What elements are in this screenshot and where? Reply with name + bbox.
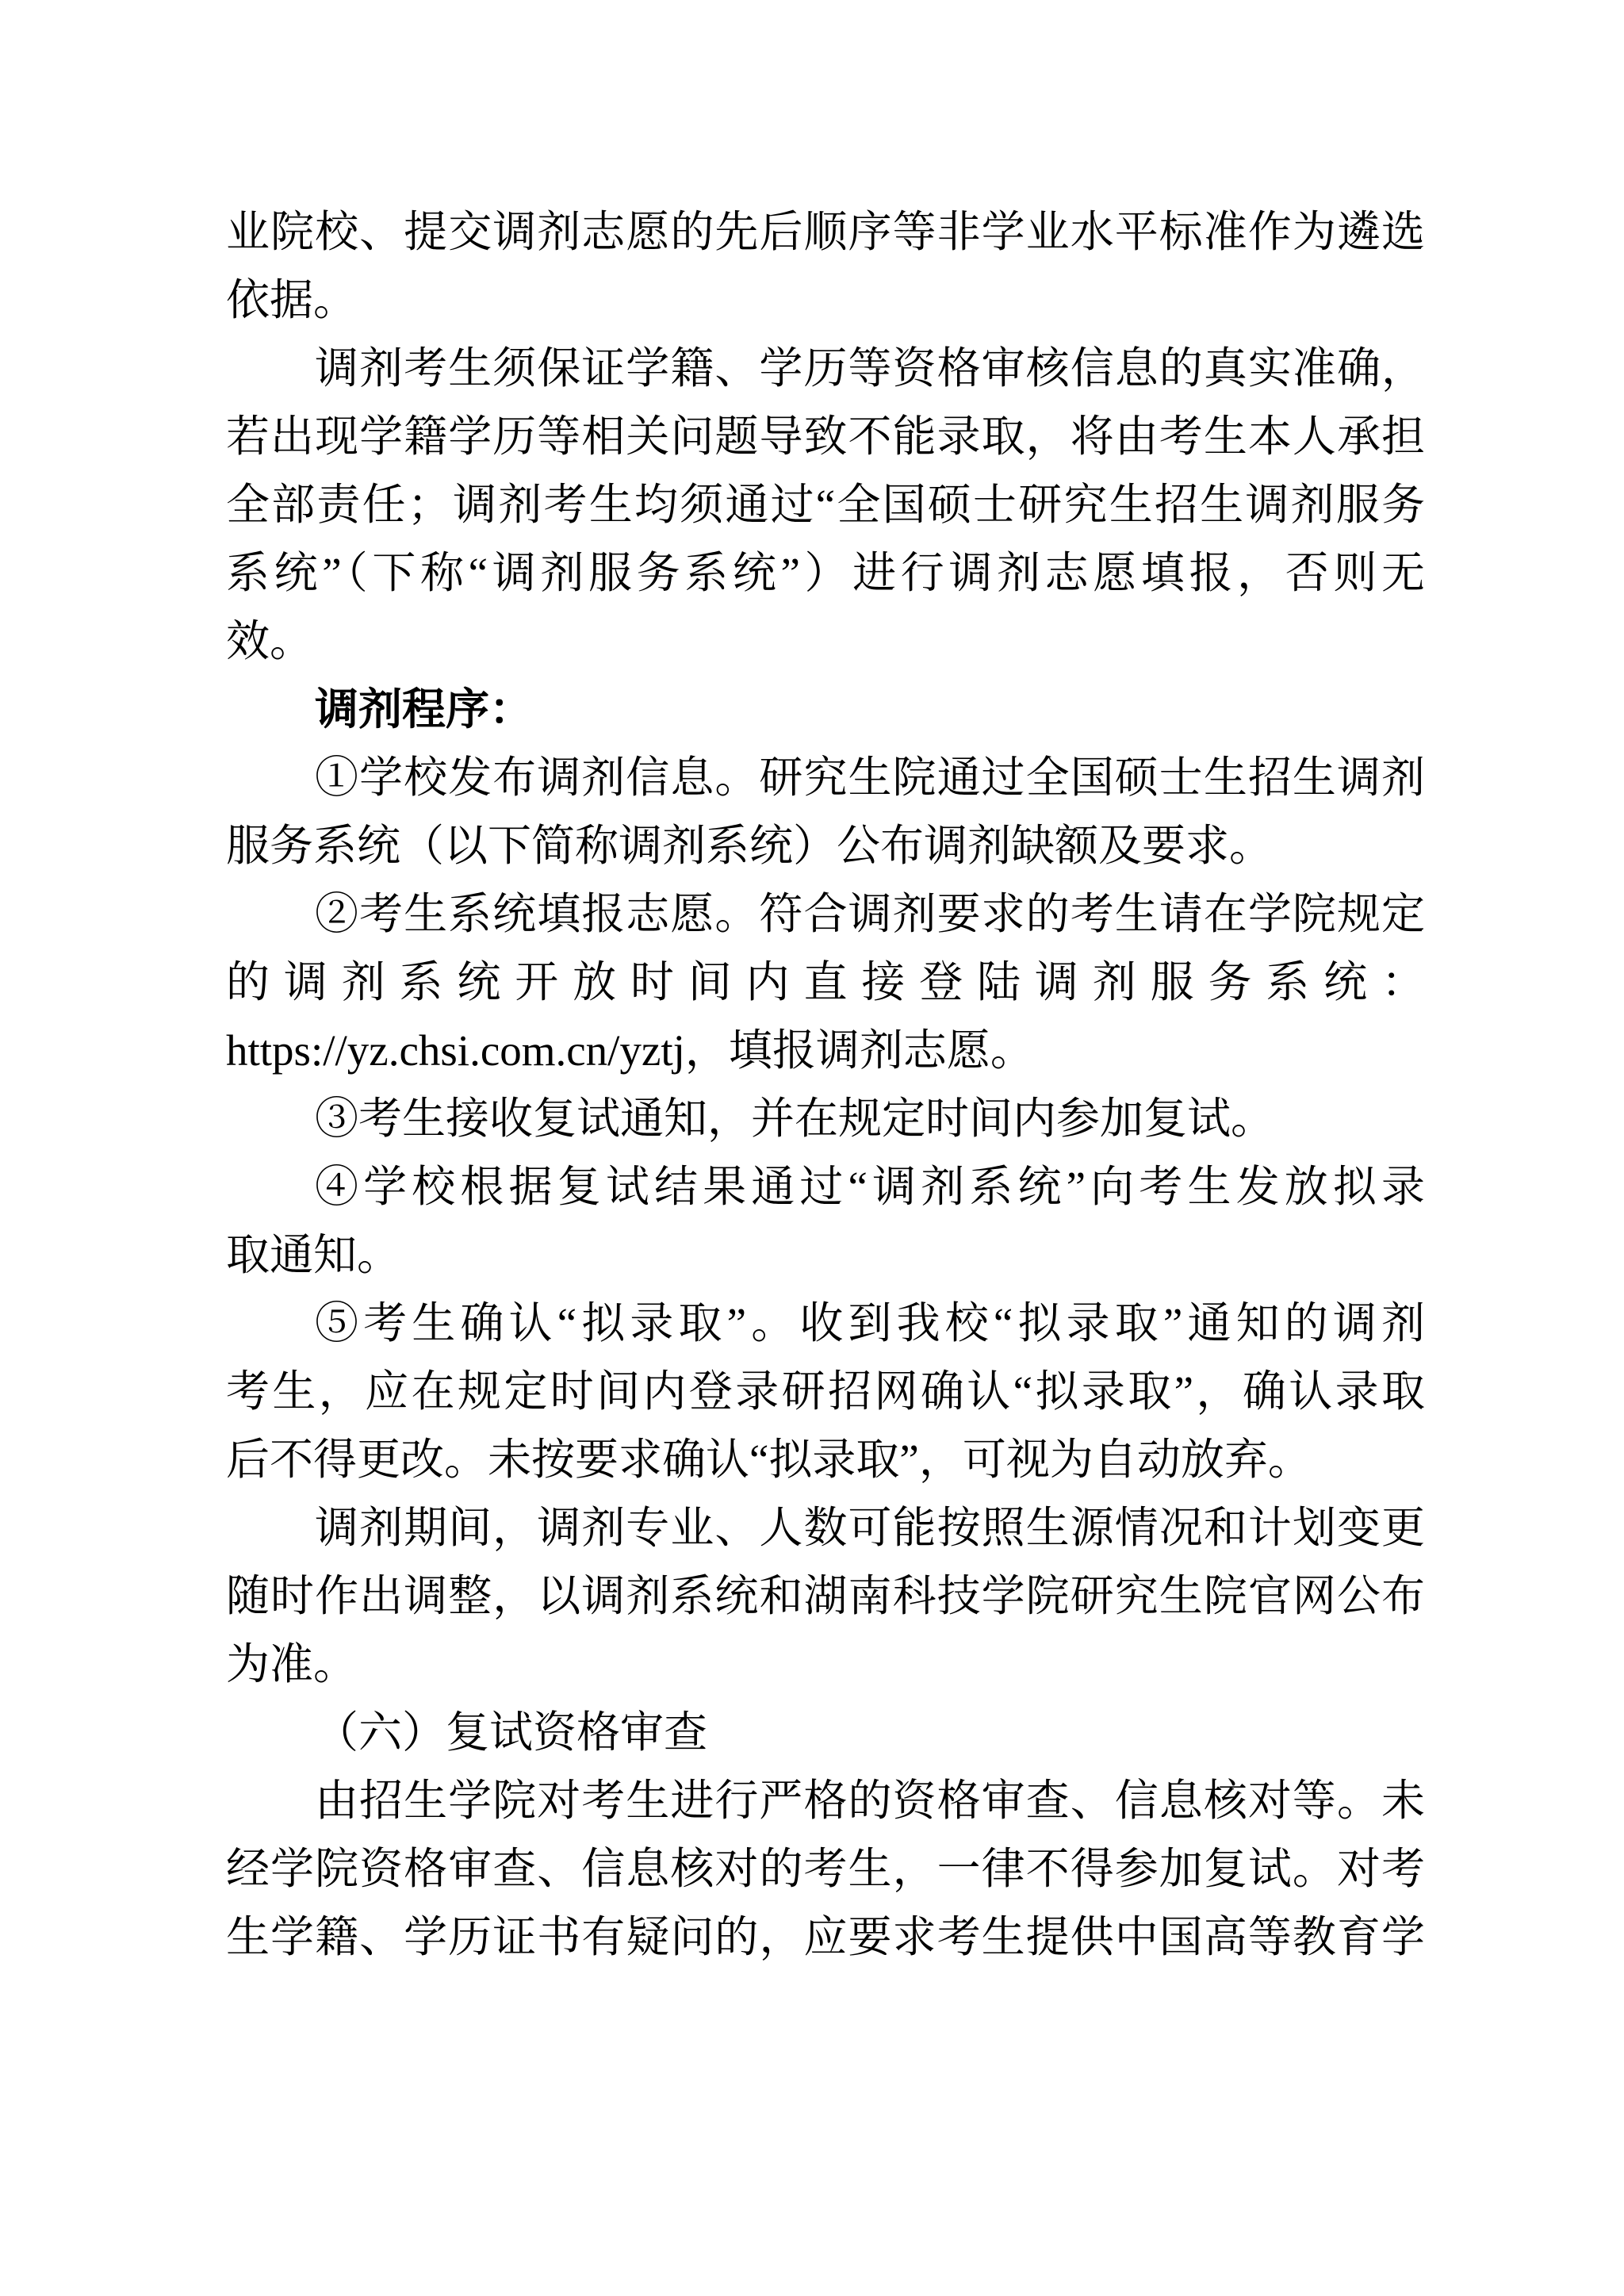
- text-line-5: 全部责任；调剂考生均须通过“全国硕士研究生招生调剂服务: [226, 471, 1425, 539]
- document-body: 业院校、提交调剂志愿的先后顺序等非学业水平标准作为遴选依据。调剂考生须保证学籍、…: [226, 198, 1425, 1972]
- text-line-20: 调剂期间，调剂专业、人数可能按照生源情况和计划变更: [226, 1494, 1425, 1562]
- text-line-19: 后不得更改。未按要求确认“拟录取”，可视为自动放弃。: [226, 1426, 1425, 1494]
- text-line-21: 随时作出调整，以调剂系统和湖南科技学院研究生院官网公布: [226, 1562, 1425, 1631]
- text-line-14: ③考生接收复试通知，并在规定时间内参加复试。: [226, 1085, 1425, 1153]
- text-line-17: ⑤考生确认“拟录取”。收到我校“拟录取”通知的调剂: [226, 1290, 1425, 1358]
- text-line-15: ④学校根据复试结果通过“调剂系统”向考生发放拟录: [226, 1153, 1425, 1221]
- text-line-8: 调剂程序：: [226, 676, 1425, 744]
- text-line-9: ①学校发布调剂信息。研究生院通过全国硕士生招生调剂: [226, 744, 1425, 812]
- text-line-13: https://yz.chsi.com.cn/yztj，填报调剂志愿。: [226, 1017, 1425, 1085]
- text-line-12: 的调剂系统开放时间内直接登陆调剂服务系统：: [226, 949, 1425, 1017]
- text-line-23: （六）复试资格审查: [226, 1699, 1425, 1767]
- text-line-16: 取通知。: [226, 1221, 1425, 1290]
- text-line-11: ②考生系统填报志愿。符合调剂要求的考生请在学院规定: [226, 880, 1425, 949]
- text-line-4: 若出现学籍学历等相关问题导致不能录取，将由考生本人承担: [226, 403, 1425, 471]
- text-line-7: 效。: [226, 608, 1425, 676]
- text-line-2: 依据。: [226, 266, 1425, 335]
- text-line-24: 由招生学院对考生进行严格的资格审查、信息核对等。未: [226, 1767, 1425, 1835]
- text-line-25: 经学院资格审查、信息核对的考生，一律不得参加复试。对考: [226, 1835, 1425, 1903]
- text-line-10: 服务系统（以下简称调剂系统）公布调剂缺额及要求。: [226, 812, 1425, 880]
- document-page: 业院校、提交调剂志愿的先后顺序等非学业水平标准作为遴选依据。调剂考生须保证学籍、…: [0, 0, 1624, 2296]
- text-line-26: 生学籍、学历证书有疑问的，应要求考生提供中国高等教育学: [226, 1903, 1425, 1972]
- text-line-6: 系统”（下称“调剂服务系统”）进行调剂志愿填报，否则无: [226, 539, 1425, 608]
- text-line-18: 考生，应在规定时间内登录研招网确认“拟录取”，确认录取: [226, 1358, 1425, 1426]
- text-line-3: 调剂考生须保证学籍、学历等资格审核信息的真实准确，: [226, 335, 1425, 403]
- text-line-1: 业院校、提交调剂志愿的先后顺序等非学业水平标准作为遴选: [226, 198, 1425, 266]
- text-line-22: 为准。: [226, 1631, 1425, 1699]
